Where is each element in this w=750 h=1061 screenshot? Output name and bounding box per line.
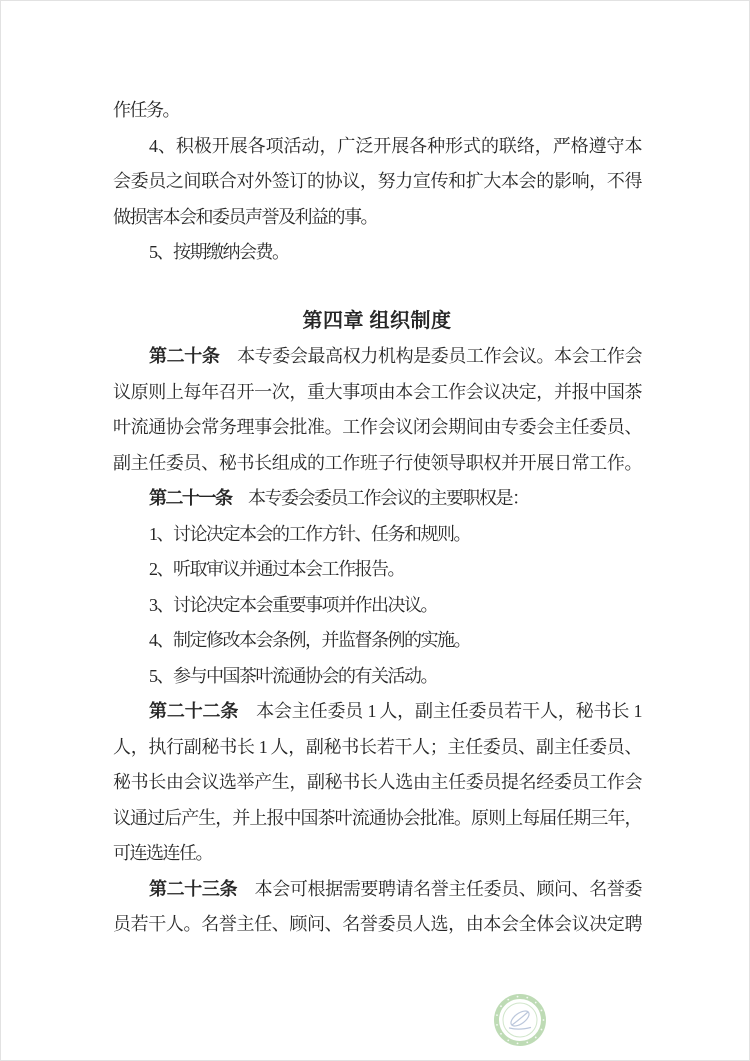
- list-item-line: 4、制定修改本会条例，并监督条例的实施。: [113, 623, 641, 659]
- text-run: 本专委会最高权力机构是委员工作会议。本会工作会: [219, 346, 641, 366]
- list-item-line: 1、讨论决定本会的工作方针、任务和规则。: [113, 517, 641, 553]
- text-run: 本专委会委员工作会议的主要职权是：: [232, 488, 529, 508]
- text-run: 叶流通协会常务理事会批准。工作会议闭会期间由专委会主任委员、: [113, 417, 641, 437]
- document-line: 议原则上每年召开一次，重大事项由本会工作会议决定，并报中国茶: [113, 375, 641, 411]
- document-page: 作任务。4、积极开展各项活动，广泛开展各种形式的联络，严格遵守本会委员之间联合对…: [0, 0, 750, 1061]
- article-line: 第二十二条 本会主任委员 1 人，副主任委员若干人，秘书长 1: [113, 694, 641, 730]
- document-line: 会委员之间联合对外签订的协议，努力宣传和扩大本会的影响，不得: [113, 164, 641, 200]
- article-line: 第二十一条 本专委会委员工作会议的主要职权是：: [113, 481, 641, 517]
- document-line: 做损害本会和委员声誉及利益的事。: [113, 200, 641, 236]
- document-line: 叶流通协会常务理事会批准。工作会议闭会期间由专委会主任委员、: [113, 410, 641, 446]
- text-run: 可连选连任。: [113, 843, 212, 863]
- bold-text-run: 第二十一条: [149, 488, 232, 508]
- list-item-line: 5、参与中国茶叶流通协会的有关活动。: [113, 659, 641, 695]
- document-body: 作任务。4、积极开展各项活动，广泛开展各种形式的联络，严格遵守本会委员之间联合对…: [113, 93, 641, 943]
- text-run: 1、讨论决定本会的工作方针、任务和规则。: [149, 524, 470, 544]
- text-run: 2、听取审议并通过本会工作报告。: [149, 559, 404, 579]
- document-line: 副主任委员、秘书长组成的工作班子行使领导职权并开展日常工作。: [113, 446, 641, 482]
- text-run: 3、讨论决定本会重要事项并作出决议。: [149, 595, 437, 615]
- list-item-line: 2、听取审议并通过本会工作报告。: [113, 552, 641, 588]
- leaf-seal-icon: [492, 992, 548, 1048]
- bold-text-run: 第二十三条: [149, 879, 237, 899]
- document-line: 人，执行副秘书长 1 人，副秘书长若干人；主任委员、副主任委员、: [113, 730, 641, 766]
- document-line: 作任务。: [113, 93, 641, 129]
- text-run: 作任务。: [113, 100, 179, 120]
- text-run: 人，执行副秘书长 1 人，副秘书长若干人；主任委员、副主任委员、: [113, 737, 641, 757]
- text-run: 4、积极开展各项活动，广泛开展各种形式的联络，严格遵守本: [149, 136, 641, 156]
- text-run: 员若干人。名誉主任、顾问、名誉委员人选，由本会全体会议决定聘: [113, 914, 641, 934]
- text-run: 做损害本会和委员声誉及利益的事。: [113, 207, 377, 227]
- text-run: 副主任委员、秘书长组成的工作班子行使领导职权并开展日常工作。: [113, 453, 641, 473]
- list-item-line: 4、积极开展各项活动，广泛开展各种形式的联络，严格遵守本: [113, 129, 641, 165]
- list-item-line: 3、讨论决定本会重要事项并作出决议。: [113, 588, 641, 624]
- bold-text-run: 第二十二条: [149, 701, 238, 721]
- document-line: 可连选连任。: [113, 836, 641, 872]
- bold-text-run: 第四章 组织制度: [303, 310, 452, 332]
- article-line: 第二十三条 本会可根据需要聘请名誉主任委员、顾问、名誉委: [113, 872, 641, 908]
- text-run: 议通过后产生，并上报中国茶叶流通协会批准。原则上每届任期三年，: [113, 808, 641, 828]
- text-run: 议原则上每年召开一次，重大事项由本会工作会议决定，并报中国茶: [113, 382, 641, 402]
- text-run: 5、按期缴纳会费。: [149, 242, 289, 262]
- paragraph-spacer: [113, 271, 641, 304]
- document-line: 秘书长由会议选举产生，副秘书长人选由主任委员提名经委员工作会: [113, 765, 641, 801]
- text-run: 本会可根据需要聘请名誉主任委员、顾问、名誉委: [237, 879, 641, 899]
- document-line: 员若干人。名誉主任、顾问、名誉委员人选，由本会全体会议决定聘: [113, 907, 641, 943]
- document-line: 议通过后产生，并上报中国茶叶流通协会批准。原则上每届任期三年，: [113, 801, 641, 837]
- article-line: 第二十条 本专委会最高权力机构是委员工作会议。本会工作会: [113, 339, 641, 375]
- bold-text-run: 第二十条: [149, 346, 219, 366]
- text-run: 本会主任委员 1 人，副主任委员若干人，秘书长 1: [238, 701, 641, 721]
- text-run: 会委员之间联合对外签订的协议，努力宣传和扩大本会的影响，不得: [113, 171, 641, 191]
- list-item-line: 5、按期缴纳会费。: [113, 235, 641, 271]
- chapter-heading: 第四章 组织制度: [113, 304, 641, 340]
- text-run: 4、制定修改本会条例，并监督条例的实施。: [149, 630, 470, 650]
- text-run: 5、参与中国茶叶流通协会的有关活动。: [149, 666, 437, 686]
- text-run: 秘书长由会议选举产生，副秘书长人选由主任委员提名经委员工作会: [113, 772, 641, 792]
